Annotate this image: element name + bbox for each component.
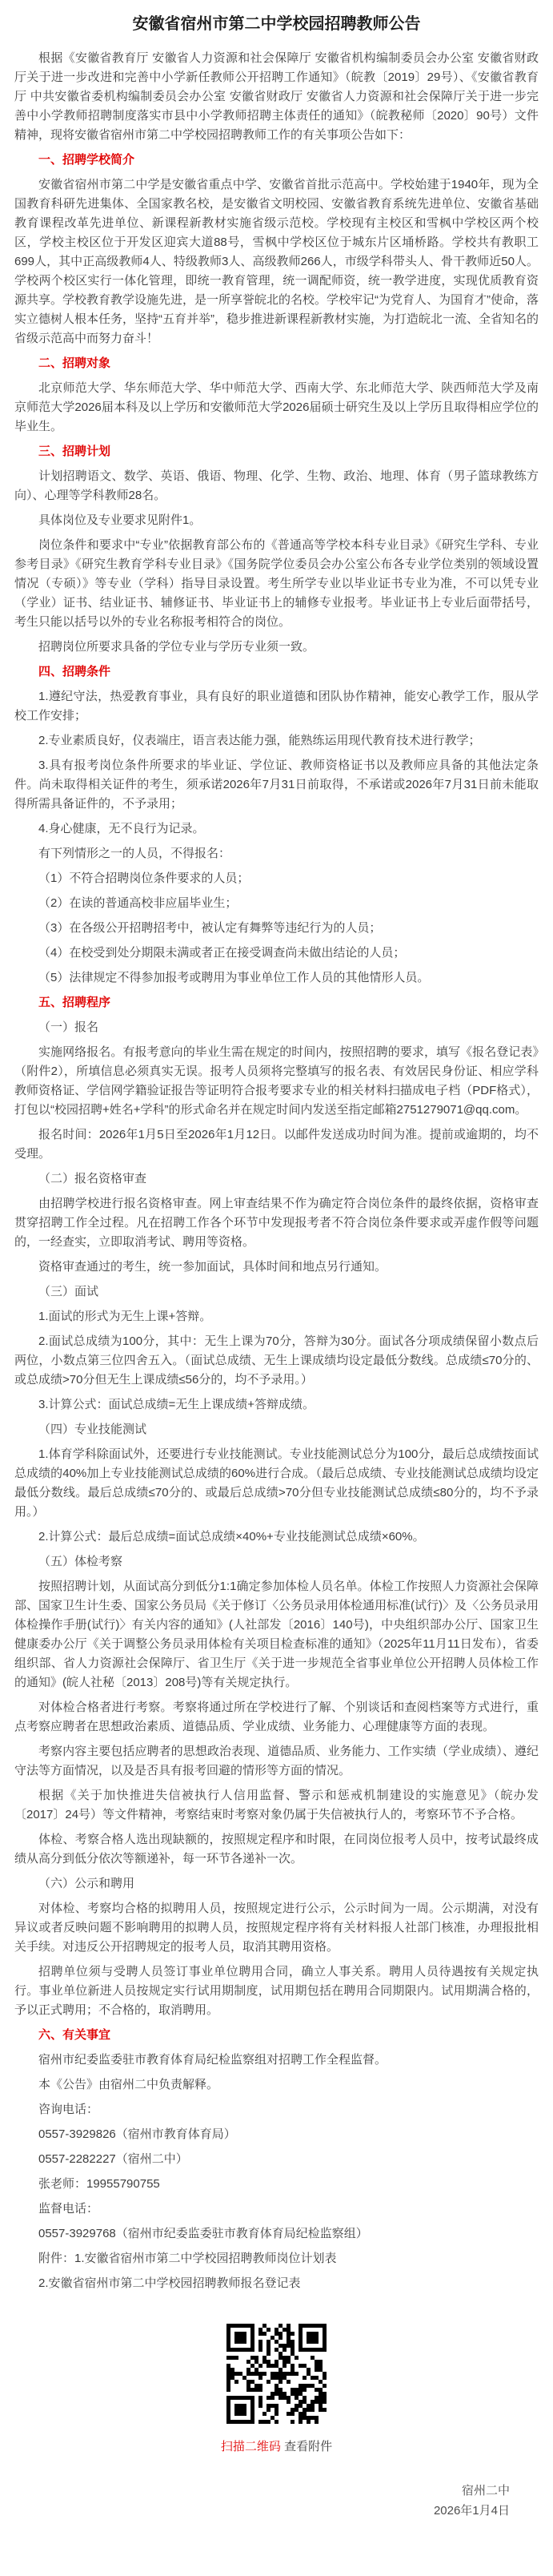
paragraph: 由招聘学校进行报名资格审查。网上审查结果不作为确定符合岗位条件的最终依据，资格审… — [14, 1194, 539, 1252]
paragraph: 2.专业素质良好，仪表端庄，语言表达能力强，能熟练运用现代教育技术进行教学； — [14, 731, 539, 751]
paragraph: 根据《关于加快推进失信被执行人信用监督、警示和惩戒机制建设的实施意见》（皖办发〔… — [14, 1786, 539, 1825]
paragraph: 张老师：19955790755 — [14, 2175, 539, 2194]
paragraph: 宿州市纪委监委驻市教育体育局纪检监察组对招聘工作全程监督。 — [14, 2051, 539, 2070]
paragraph: 有下列情形之一的人员，不得报名： — [14, 844, 539, 863]
paragraph: （2）在读的普通高校非应届毕业生； — [14, 894, 539, 913]
paragraph: （三）面试 — [14, 1282, 539, 1302]
section-heading: 四、招聘条件 — [14, 662, 539, 682]
paragraph: 1.面试的形式为无生上课+答辩。 — [14, 1307, 539, 1326]
paragraph: 1.遵纪守法，热爱教育事业，具有良好的职业道德和团队协作精神，能安心教学工作，服… — [14, 687, 539, 726]
paragraph: 本《公告》由宿州二中负责解释。 — [14, 2075, 539, 2095]
page-title: 安徽省宿州市第二中学校园招聘教师公告 — [14, 12, 539, 36]
section-heading: 二、招聘对象 — [14, 354, 539, 373]
paragraph: 具体岗位及专业要求见附件1。 — [14, 511, 539, 530]
qr-caption-scan-text: 扫描二维码 — [221, 2440, 281, 2453]
paragraph: （4）在校受到处分期限未满或者正在接受调查尚未做出结论的人员； — [14, 944, 539, 963]
paragraph: 3.计算公式：面试总成绩=无生上课成绩+答辩成绩。 — [14, 1395, 539, 1415]
document-body: 根据《安徽省教育厅 安徽省人力资源和社会保障厅 安徽省机构编制委员会办公室 安徽… — [14, 49, 539, 2293]
paragraph: 报名时间：2026年1月5日至2026年1月12日。以邮件发送成功时间为准。提前… — [14, 1125, 539, 1164]
paragraph: （四）专业技能测试 — [14, 1420, 539, 1439]
paragraph: 0557-3929768（宿州市纪委监委驻市教育体育局纪检监察组） — [14, 2224, 539, 2244]
qr-caption-view-text: 查看附件 — [281, 2440, 332, 2453]
paragraph: 3.具有报考岗位条件所要求的毕业证、学位证、教师资格证书以及教师应具备的其他法定… — [14, 756, 539, 814]
paragraph: （五）体检考察 — [14, 1552, 539, 1572]
paragraph: （5）法律规定不得参加报考或聘用为事业单位工作人员的其他情形人员。 — [14, 968, 539, 988]
paragraph: 招聘岗位所要求具备的学位专业与学历专业须一致。 — [14, 638, 539, 657]
paragraph: 2.安徽省宿州市第二中学校园招聘教师报名登记表 — [14, 2274, 539, 2293]
paragraph: 计划招聘语文、数学、英语、俄语、物理、化学、生物、政治、地理、体育（男子篮球教练… — [14, 467, 539, 505]
qr-section: 扫描二维码 查看附件 — [14, 2324, 539, 2457]
paragraph: 0557-2282227（宿州二中） — [14, 2150, 539, 2169]
paragraph: 1.体育学科除面试外，还要进行专业技能测试。专业技能测试总分为100分，最后总成… — [14, 1445, 539, 1522]
paragraph: 招聘单位须与受聘人员签订事业单位聘用合同，确立人事关系。聘用人员待遇按有关规定执… — [14, 1962, 539, 2020]
paragraph: 2.计算公式：最后总成绩=面试总成绩×40%+专业技能测试总成绩×60%。 — [14, 1527, 539, 1547]
paragraph: 考察内容主要包括应聘者的思想政治表现、道德品质、业务能力、工作实绩（学业成绩）、… — [14, 1742, 539, 1781]
paragraph: 根据《安徽省教育厅 安徽省人力资源和社会保障厅 安徽省机构编制委员会办公室 安徽… — [14, 49, 539, 145]
paragraph: 按照招聘计划，从面试高分到低分1:1确定参加体检人员名单。体检工作按照人力资源社… — [14, 1577, 539, 1693]
paragraph: 体检、考察合格人选出现缺额的，按照规定程序和时限，在同岗位报考人员中，按考试最终… — [14, 1830, 539, 1869]
paragraph: 附件：1.安徽省宿州市第二中学校园招聘教师岗位计划表 — [14, 2249, 539, 2268]
section-heading: 六、有关事宜 — [14, 2026, 539, 2045]
paragraph: 2.面试总成绩为100分，其中：无生上课为70分，答辩为30分。面试各分项成绩保… — [14, 1332, 539, 1390]
section-heading: 一、招聘学校简介 — [14, 151, 539, 170]
announcement-document: 安徽省宿州市第二中学校园招聘教师公告 根据《安徽省教育厅 安徽省人力资源和社会保… — [0, 0, 553, 2550]
section-heading: 五、招聘程序 — [14, 993, 539, 1012]
paragraph: 北京师范大学、华东师范大学、华中师范大学、西南大学、东北师范大学、陕西师范大学及… — [14, 379, 539, 437]
paragraph: （3）在各级公开招聘招考中，被认定有舞弊等违纪行为的人员； — [14, 919, 539, 938]
paragraph: 安徽省宿州市第二中学是安徽省重点中学、安徽省首批示范高中。学校始建于1940年，… — [14, 175, 539, 348]
paragraph: 咨询电话： — [14, 2100, 539, 2119]
paragraph: （1）不符合招聘岗位条件要求的人员； — [14, 869, 539, 888]
footer-date: 2026年1月4日 — [14, 2501, 510, 2521]
document-footer: 宿州二中 2026年1月4日 — [14, 2481, 539, 2550]
paragraph: 对体检、考察均合格的拟聘用人员，按照规定进行公示，公示时间为一周。公示期满，对没… — [14, 1899, 539, 1957]
paragraph: 监督电话： — [14, 2200, 539, 2219]
paragraph: 实施网络报名。有报考意向的毕业生需在规定的时间内，按照招聘的要求，填写《报名登记… — [14, 1043, 539, 1120]
footer-signature: 宿州二中 — [14, 2481, 510, 2501]
paragraph: 0557-3929826（宿州市教育体育局） — [14, 2125, 539, 2144]
qr-code-image — [226, 2324, 327, 2424]
paragraph: （六）公示和聘用 — [14, 1874, 539, 1894]
paragraph: 资格审查通过的考生，统一参加面试，具体时间和地点另行通知。 — [14, 1258, 539, 1277]
paragraph: 岗位条件和要求中“专业”依据教育部公布的《普通高等学校本科专业目录》《研究生学科… — [14, 536, 539, 632]
paragraph: （二）报名资格审查 — [14, 1169, 539, 1189]
paragraph: （一）报名 — [14, 1018, 539, 1037]
paragraph: 4.身心健康，无不良行为记录。 — [14, 819, 539, 839]
qr-caption: 扫描二维码 查看附件 — [14, 2437, 539, 2457]
paragraph: 对体检合格者进行考察。考察将通过所在学校进行了解、个别谈话和查阅档案等方式进行，… — [14, 1698, 539, 1737]
section-heading: 三、招聘计划 — [14, 442, 539, 461]
